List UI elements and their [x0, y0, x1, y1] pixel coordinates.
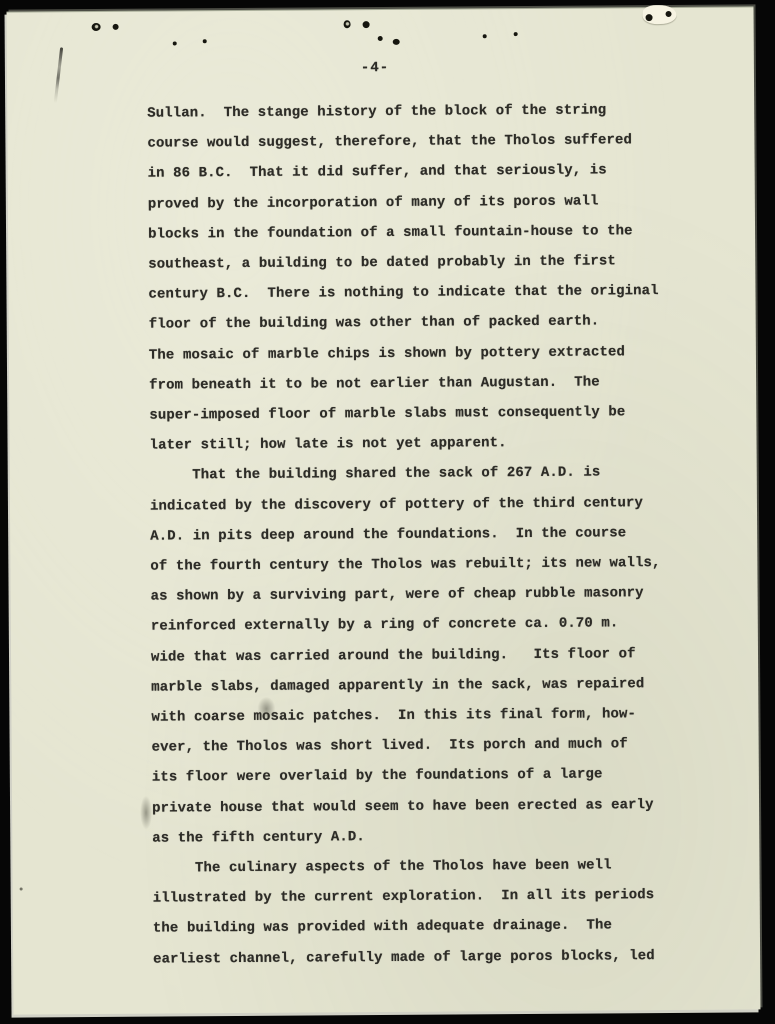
typed-line: the building was provided with adequate … [153, 910, 713, 944]
typed-line: wide that was carried around the buildin… [151, 638, 711, 672]
typed-line: ever, the Tholos was short lived. Its po… [152, 729, 712, 763]
paper-sheet: -4- Sullan. The stange history of the bl… [7, 6, 761, 1014]
scanned-document: -4- Sullan. The stange history of the bl… [0, 0, 775, 1024]
typed-line: floor of the building was other than of … [149, 306, 709, 340]
typed-line: The mosaic of marble chips is shown by p… [149, 336, 709, 370]
typed-line: proved by the incorporation of many of i… [148, 185, 708, 219]
pencil-mark [54, 47, 63, 103]
paper-speck [20, 888, 23, 891]
staple-hole [666, 11, 672, 17]
typed-line: super-imposed floor of marble slabs must… [149, 397, 709, 431]
typed-line: century B.C. There is nothing to indicat… [148, 276, 708, 310]
staple-hole [344, 20, 351, 28]
punch-dot [203, 39, 207, 43]
staple-hole [363, 21, 370, 28]
typed-line: as the fifth century A.D. [152, 820, 712, 854]
typed-line: southeast, a building to be dated probab… [148, 246, 708, 280]
punch-dot [514, 32, 518, 36]
typed-text-block: Sullan. The stange history of the block … [147, 95, 713, 975]
typed-line: A.D. in pits deep around the foundations… [150, 518, 710, 552]
staple-hole [113, 24, 119, 30]
punch-dot [173, 41, 177, 45]
typed-line: its floor were overlaid by the foundatio… [152, 759, 712, 793]
typed-line: in 86 B.C. That it did suffer, and that … [148, 155, 708, 189]
punch-dot [393, 39, 400, 45]
typed-line: That the building shared the sack of 267… [150, 457, 710, 491]
ink-smudge [140, 796, 152, 830]
ink-smudge [257, 697, 275, 721]
typed-line: course would suggest, therefore, that th… [147, 125, 707, 159]
typed-line: blocks in the foundation of a small foun… [148, 216, 708, 250]
typed-line: illustrated by the current exploration. … [153, 880, 713, 914]
staple-hole [92, 23, 101, 31]
typed-line: as shown by a surviving part, were of ch… [150, 578, 710, 612]
typed-line: The culinary aspects of the Tholos have … [152, 850, 712, 884]
typed-line: marble slabs, damaged apparently in the … [151, 669, 711, 703]
page-number: -4- [361, 60, 389, 76]
punch-dot [378, 36, 383, 41]
typed-line: earliest channel, carefully made of larg… [153, 940, 713, 974]
punch-dot [483, 34, 487, 38]
typed-line: with coarse mosaic patches. In this its … [151, 699, 711, 733]
typed-line: reinforced externally by a ring of concr… [151, 608, 711, 642]
staple-hole [646, 14, 653, 21]
typed-line: private house that would seem to have be… [152, 789, 712, 823]
typed-line: Sullan. The stange history of the block … [147, 95, 707, 129]
typed-line: indicated by the discovery of pottery of… [150, 487, 710, 521]
typed-line: from beneath it to be not earlier than A… [149, 367, 709, 401]
typed-line: later still; how late is not yet apparen… [149, 427, 709, 461]
typed-line: of the fourth century the Tholos was reb… [150, 548, 710, 582]
